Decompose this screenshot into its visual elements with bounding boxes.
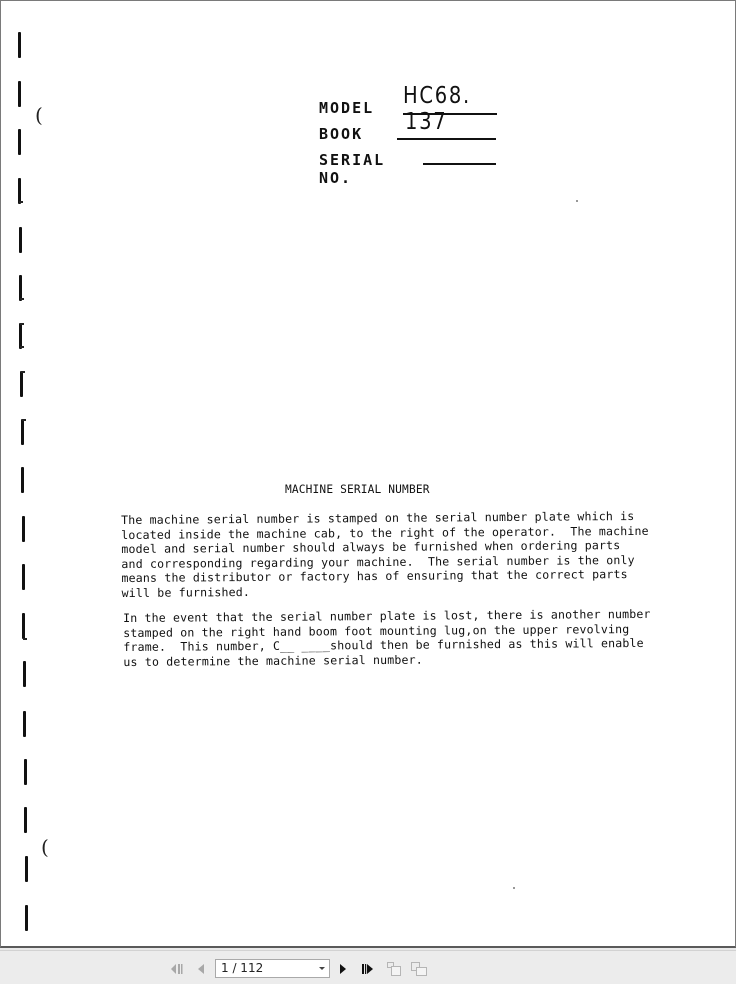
binding-mark — [22, 564, 25, 590]
serial-label: SERIAL NO. — [319, 151, 385, 187]
single-page-view-button[interactable] — [385, 961, 403, 977]
binding-mark — [18, 81, 21, 107]
model-value: HC68. — [403, 83, 471, 109]
previous-page-button[interactable] — [194, 961, 208, 977]
book-label: BOOK — [319, 125, 363, 143]
binding-mark-tick — [19, 201, 23, 203]
paragraph-lost-plate: In the event that the serial number plat… — [123, 607, 651, 670]
binding-mark-tick — [22, 419, 26, 421]
paren-mark: ( — [35, 103, 43, 127]
two-page-view-icon — [410, 961, 428, 977]
last-page-button[interactable] — [360, 961, 376, 977]
pdf-viewer: ( ( MODEL HC68. BOOK 137 SERIAL NO. MACH… — [0, 0, 736, 984]
book-value: 137 — [405, 109, 447, 135]
binding-mark-tick — [21, 371, 25, 373]
paragraph-serial-plate: The machine serial number is stamped on … — [121, 509, 649, 601]
binding-mark — [25, 905, 28, 931]
page-indicator: 1 / 112 — [221, 961, 263, 975]
scan-speck — [576, 200, 578, 202]
binding-mark — [21, 419, 24, 445]
paren-mark: ( — [41, 835, 49, 859]
binding-mark — [24, 807, 27, 833]
page-navigation-toolbar: 1 / 112 — [0, 950, 736, 984]
binding-mark — [18, 32, 21, 58]
single-page-view-icon — [386, 961, 402, 977]
two-page-view-button[interactable] — [410, 961, 428, 977]
last-page-icon — [361, 963, 375, 975]
binding-mark — [20, 371, 23, 397]
binding-mark-tick — [20, 346, 24, 348]
binding-mark-tick — [20, 298, 24, 300]
book-underline — [397, 138, 496, 140]
binding-mark — [23, 661, 26, 687]
binding-mark — [25, 856, 28, 882]
first-page-button[interactable] — [168, 961, 184, 977]
previous-page-icon — [196, 963, 206, 975]
serial-underline — [423, 163, 496, 165]
document-page: ( ( MODEL HC68. BOOK 137 SERIAL NO. MACH… — [0, 0, 736, 948]
model-label: MODEL — [319, 99, 374, 117]
binding-mark — [22, 613, 25, 639]
binding-mark — [24, 759, 27, 785]
binding-mark-tick — [23, 638, 27, 640]
binding-mark-tick — [20, 323, 24, 325]
first-page-icon — [169, 963, 183, 975]
next-page-button[interactable] — [337, 961, 349, 977]
binding-mark — [22, 516, 25, 542]
section-title: MACHINE SERIAL NUMBER — [285, 483, 430, 498]
binding-mark — [21, 467, 24, 493]
binding-mark — [23, 711, 26, 737]
page-selector[interactable]: 1 / 112 — [215, 959, 330, 978]
binding-mark — [19, 227, 22, 253]
next-page-icon — [338, 963, 348, 975]
binding-mark — [18, 129, 21, 155]
scan-speck — [513, 887, 515, 889]
chevron-down-icon — [319, 967, 325, 970]
